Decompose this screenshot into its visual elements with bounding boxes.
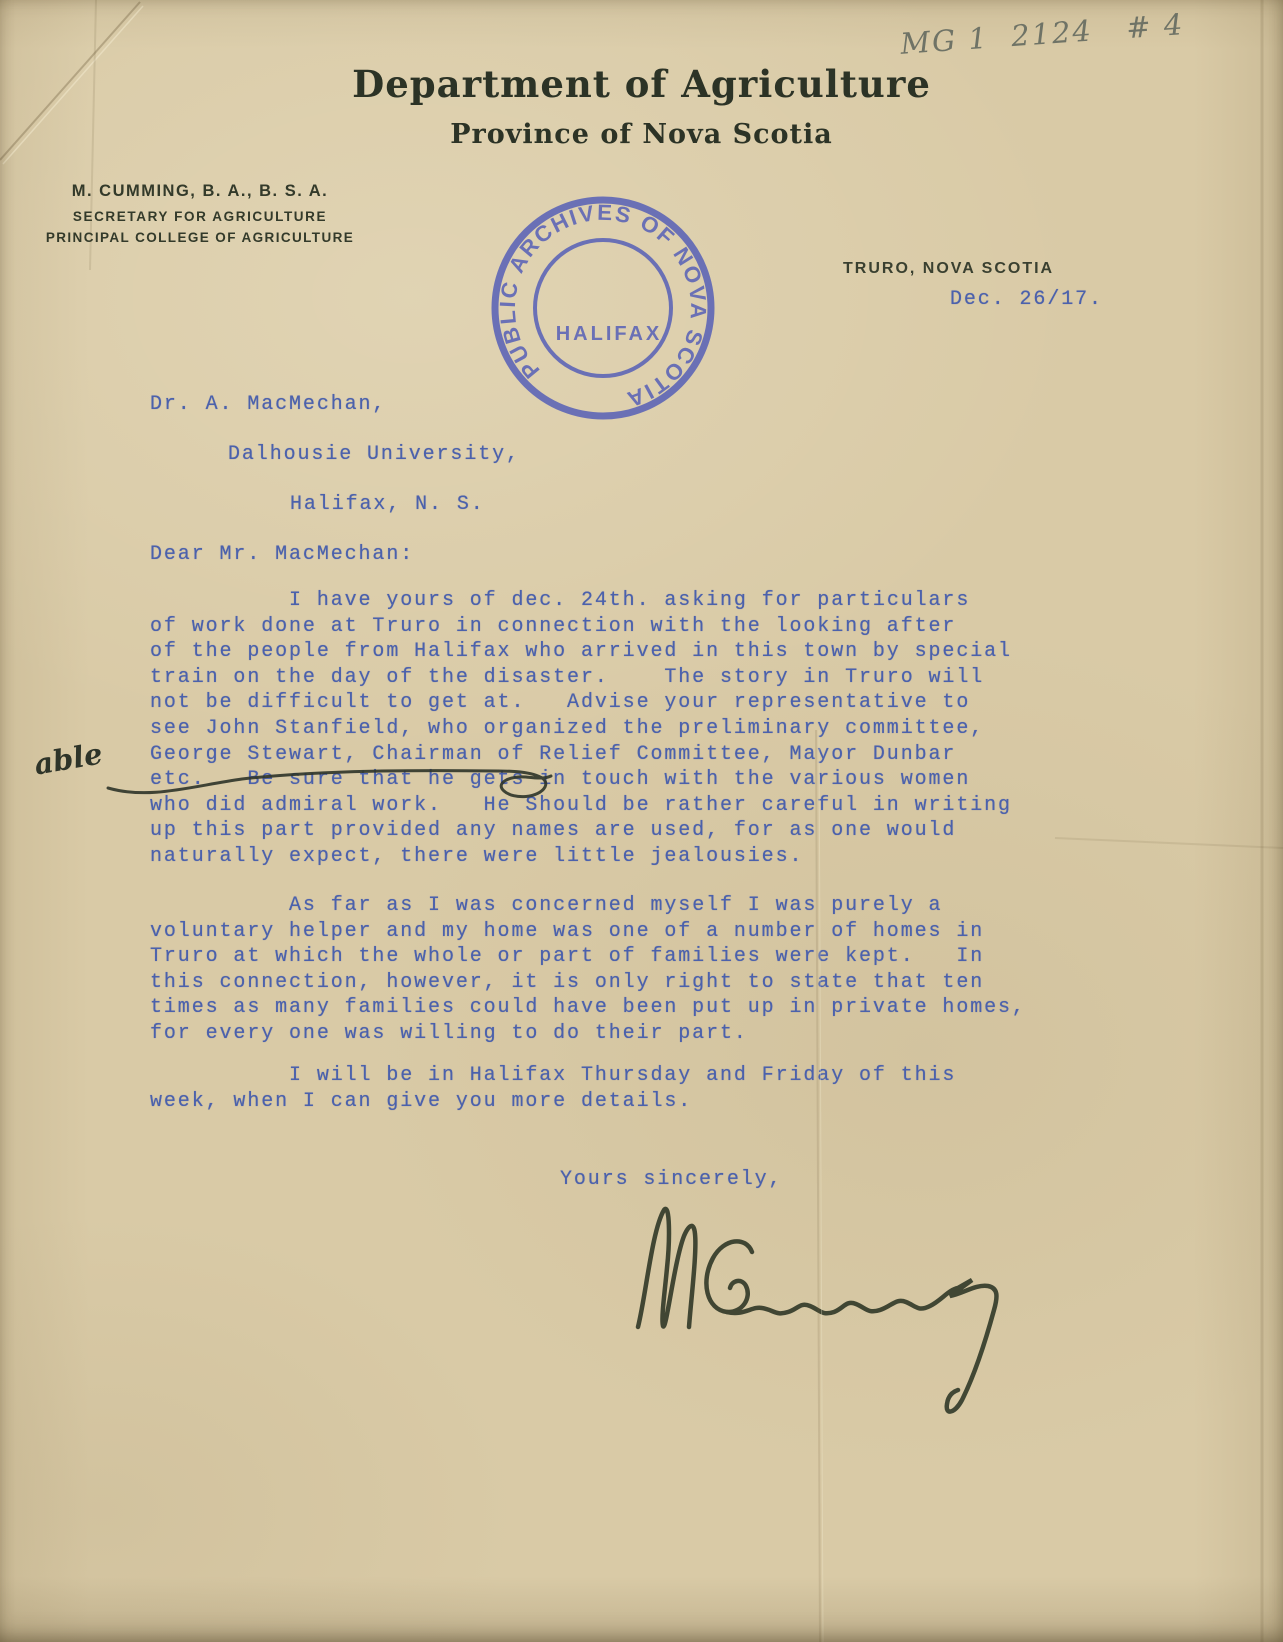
paper-creases: [0, 0, 1283, 1642]
scanned-letter-page: MG 1 2124 # 4 Department of Agriculture …: [0, 0, 1283, 1642]
